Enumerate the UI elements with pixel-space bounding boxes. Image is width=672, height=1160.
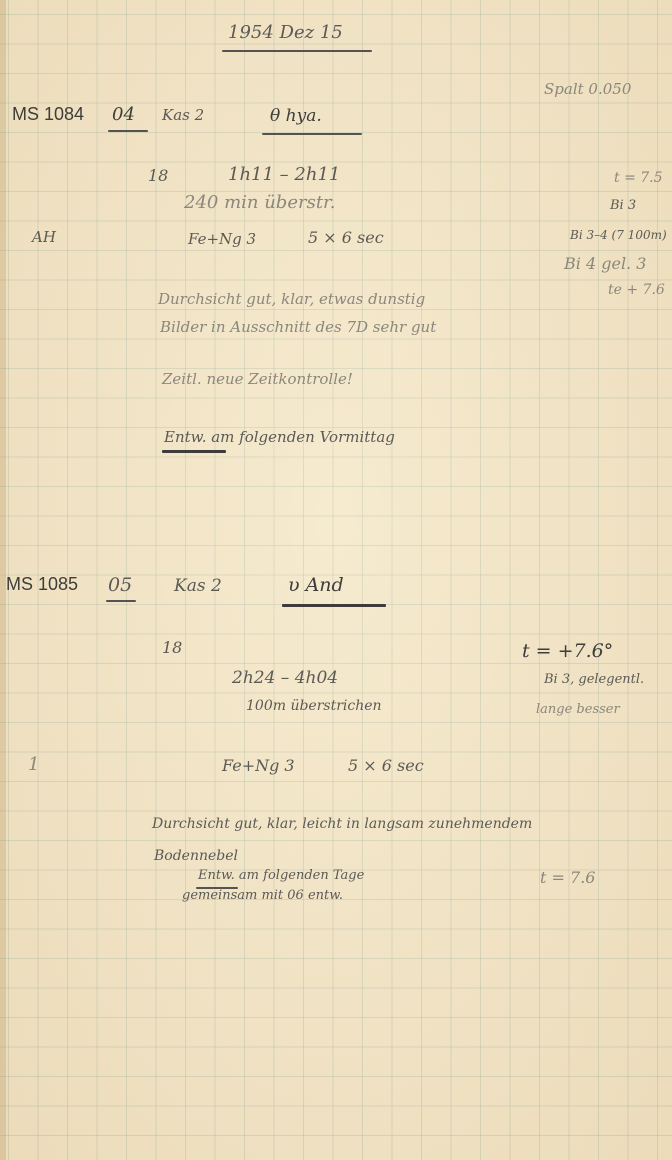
entry2-exposure: 5 × 6 sec [348,756,424,775]
entry1-margin-mark: AH [32,228,56,246]
entry1-object-underline [262,133,362,135]
entry2-side-note: lange besser [536,702,620,717]
entry2-remark: gemeinsam mit 06 entw. [182,888,343,903]
entry2-object-underline [282,604,386,607]
entry1-remark: Bilder in Ausschnitt des 7D sehr gut [160,318,436,336]
entry2-side-note: Bi 3, gelegentl. [544,672,644,687]
entry1-side-note: Bi 4 gel. 3 [564,254,646,273]
entry1-side-note: t = 7.5 [614,170,663,186]
entry1-camera: Kas 2 [162,106,204,124]
entry2-time-range: 2h24 – 4h04 [232,668,338,688]
entry2-camera: Kas 2 [174,576,222,596]
entry1-plate: MS 1084 [12,104,84,125]
entry2-number: 05 [108,574,132,596]
entry2-plate: MS 1085 [6,574,78,595]
entry1-side-note: Bi 3 [610,198,636,213]
entry1-remark: Zeitl. neue Zeitkontrolle! [162,370,353,388]
entry2-number-underline [106,600,136,602]
entry1-number: 04 [112,104,135,125]
entry2-side-note: t = +7.6° [522,640,613,662]
entry2-hour: 18 [162,638,182,657]
entry2-margin-mark: 1 [28,754,39,775]
entry2-temp-note: t = 7.6 [540,868,595,887]
entry2-remark: Durchsicht gut, klar, leicht in langsam … [152,816,532,832]
entry1-number-underline [108,130,148,132]
entry1-side-note: te + 7.6 [608,282,665,298]
entry1-plate-filter: Fe+Ng 3 [188,230,256,248]
date-underline [222,50,372,52]
entry2-remark: Entw. am folgenden Tage [198,868,364,883]
entry2-plate-filter: Fe+Ng 3 [222,756,295,775]
entry2-exposure-note: 100m überstrichen [246,698,382,714]
entry2-object: υ And [288,574,344,596]
entry1-develop-underline [162,450,226,453]
entry1-exposure-note: 240 min überstr. [184,192,335,213]
page-date: 1954 Dez 15 [228,22,343,43]
entry1-remark: Entw. am folgenden Vormittag [164,428,395,446]
entry1-exposure: 5 × 6 sec [308,228,384,247]
entry1-object: θ hya. [270,106,322,126]
entry1-hour: 18 [148,166,168,185]
entry1-side-note: Bi 3–4 (7 100m) [570,228,667,242]
entry1-time-range: 1h11 – 2h11 [228,164,340,185]
entry2-remark: Bodennebel [154,848,238,864]
spalt-note: Spalt 0.050 [544,80,631,98]
entry1-remark: Durchsicht gut, klar, etwas dunstig [158,290,425,308]
